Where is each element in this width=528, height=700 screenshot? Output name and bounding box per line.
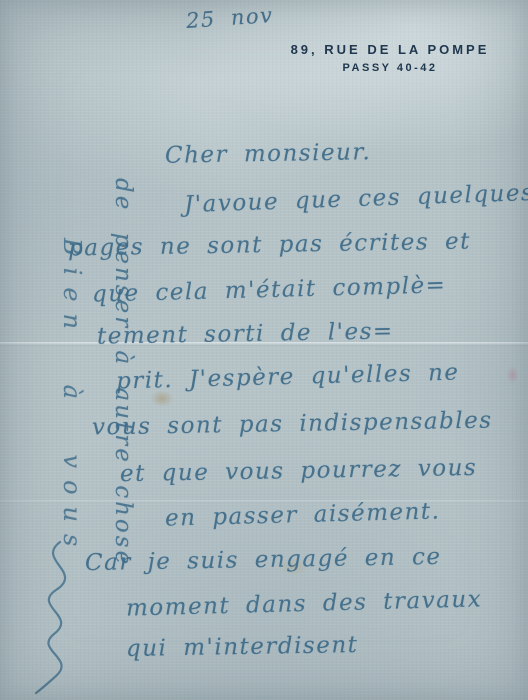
handwriting-line: tement sorti de l'es= xyxy=(97,318,394,349)
letter-page: 25 nov 89, RUE DE LA POMPE PASSY 40-42 C… xyxy=(0,0,528,700)
handwriting-line: que cela m'était complè= xyxy=(92,272,447,307)
signature-paraph xyxy=(26,538,92,696)
handwriting-line: qui m'interdisent xyxy=(126,632,359,662)
handwriting-line: et que vous pourrez vous xyxy=(120,455,478,487)
margin-closing-line: Bien à vous xyxy=(58,238,86,558)
letterhead-address: 89, RUE DE LA POMPE xyxy=(280,42,500,57)
handwriting-line: moment dans des travaux xyxy=(126,586,483,621)
handwriting-line: J'avoue que ces quelques xyxy=(184,180,528,218)
handwritten-date: 25 nov xyxy=(185,3,274,33)
handwriting-line: prit. J'espère qu'elles ne xyxy=(116,360,460,395)
paper-stain xyxy=(506,366,519,384)
handwriting-line: vous sont pas indispensables xyxy=(92,408,493,441)
margin-continuation-line: de penser à autre chose xyxy=(110,178,136,567)
handwriting-line: Car je suis engagé en ce xyxy=(85,544,442,576)
letterhead-phone: PASSY 40-42 xyxy=(280,62,500,74)
salutation: Cher monsieur. xyxy=(165,139,372,169)
letterhead: 89, RUE DE LA POMPE PASSY 40-42 xyxy=(280,42,500,74)
handwriting-line: en passer aisément. xyxy=(165,498,441,531)
